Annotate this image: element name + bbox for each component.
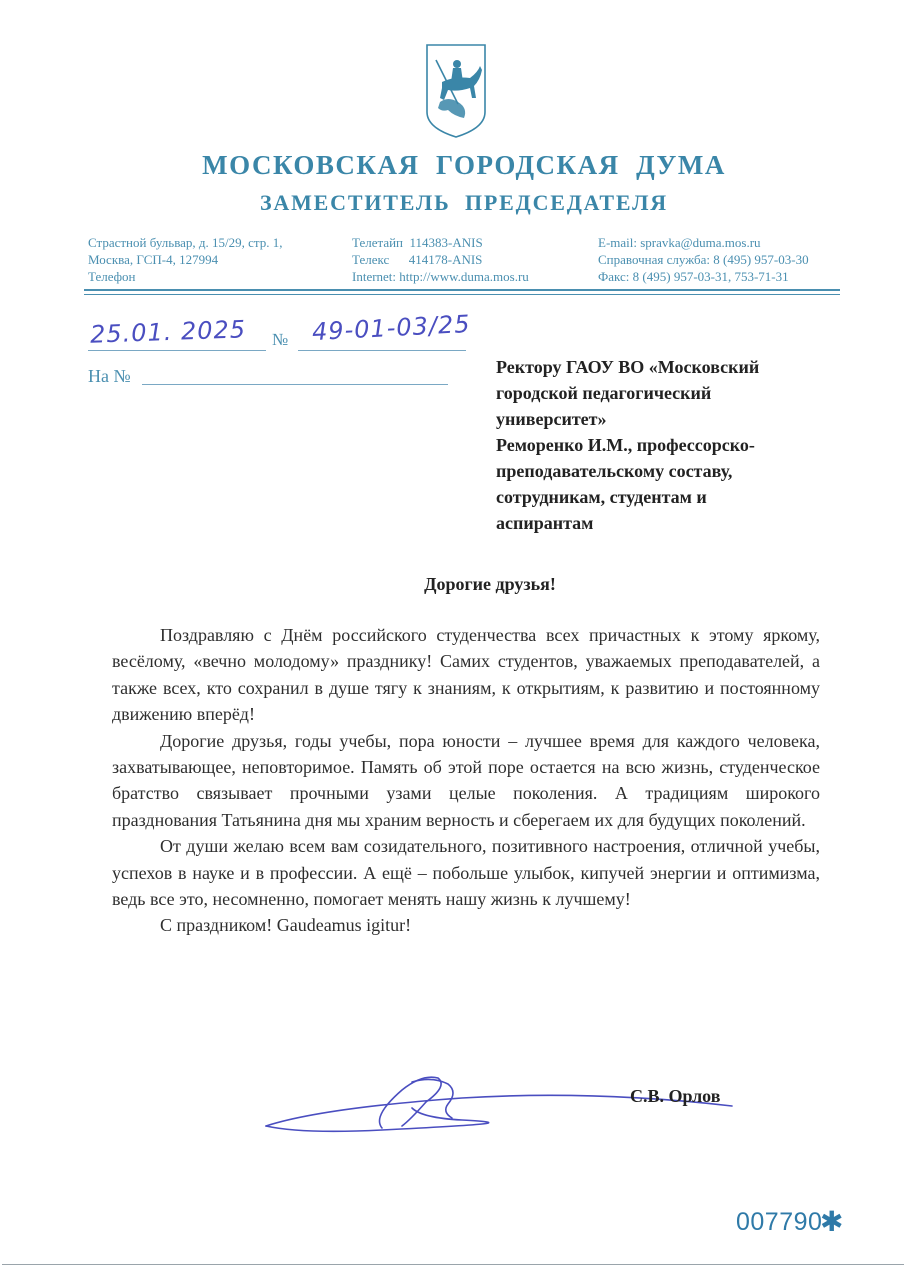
address-line-1: Страстной бульвар, д. 15/29, стр. 1,	[88, 234, 283, 251]
header-divider-thin	[84, 294, 840, 295]
greeting: Дорогие друзья!	[0, 574, 904, 595]
number-underline	[298, 350, 466, 351]
document-serial-number: 007790	[736, 1208, 822, 1237]
addressee-block: Ректору ГАОУ ВО «Московский городской пе…	[496, 354, 836, 536]
contact-email-phones: E-mail: spravka@duma.mos.ru Справочная с…	[598, 234, 809, 285]
reply-to-underline	[142, 384, 448, 385]
body-paragraph: С праздником! Gaudeamus igitur!	[112, 912, 820, 938]
phone-label: Телефон	[88, 268, 283, 285]
addressee-line: преподавательскому составу,	[496, 458, 836, 484]
asterisk-icon: ✱	[820, 1205, 843, 1238]
addressee-line: городской педагогический	[496, 380, 836, 406]
body-paragraph: От души желаю всем вам созидательного, п…	[112, 833, 820, 912]
addressee-line: аспирантам	[496, 510, 836, 536]
addressee-line: сотрудникам, студентам и	[496, 484, 836, 510]
telex: Телекс 414178-ANIS	[352, 251, 529, 268]
addressee-line: Ректору ГАОУ ВО «Московский	[496, 354, 836, 380]
date-underline	[88, 350, 266, 351]
organization-title: МОСКОВСКАЯ ГОРОДСКАЯ ДУМА	[0, 150, 904, 181]
body-paragraph: Дорогие друзья, годы учебы, пора юности …	[112, 728, 820, 834]
fax-numbers: Факс: 8 (495) 957-03-31, 753-71-31	[598, 268, 809, 285]
reply-to-label: На №	[88, 366, 131, 387]
signer-name: С.В. Орлов	[630, 1086, 720, 1107]
handwritten-number: 49-01-03/25	[311, 310, 471, 346]
website-link[interactable]: Internet: http://www.duma.mos.ru	[352, 268, 529, 285]
contact-telecom: Телетайп 114383-ANIS Телекс 414178-ANIS …	[352, 234, 529, 285]
handwritten-date: 25.01. 2025	[90, 315, 247, 348]
moscow-coat-of-arms-icon	[424, 42, 488, 140]
contact-address: Страстной бульвар, д. 15/29, стр. 1, Мос…	[88, 234, 283, 285]
header-divider-thick	[84, 289, 840, 291]
position-title: ЗАМЕСТИТЕЛЬ ПРЕДСЕДАТЕЛЯ	[0, 190, 904, 216]
email-link[interactable]: E-mail: spravka@duma.mos.ru	[598, 234, 809, 251]
teletype: Телетайп 114383-ANIS	[352, 234, 529, 251]
page-bottom-line	[2, 1264, 904, 1265]
letter-body: Поздравляю с Днём российского студенчест…	[112, 622, 820, 939]
addressee-line: университет»	[496, 406, 836, 432]
addressee-line: Реморенко И.М., профессорско-	[496, 432, 836, 458]
body-paragraph: Поздравляю с Днём российского студенчест…	[112, 622, 820, 728]
help-desk-phone: Справочная служба: 8 (495) 957-03-30	[598, 251, 809, 268]
address-line-2: Москва, ГСП-4, 127994	[88, 251, 283, 268]
number-sign: №	[272, 330, 288, 350]
